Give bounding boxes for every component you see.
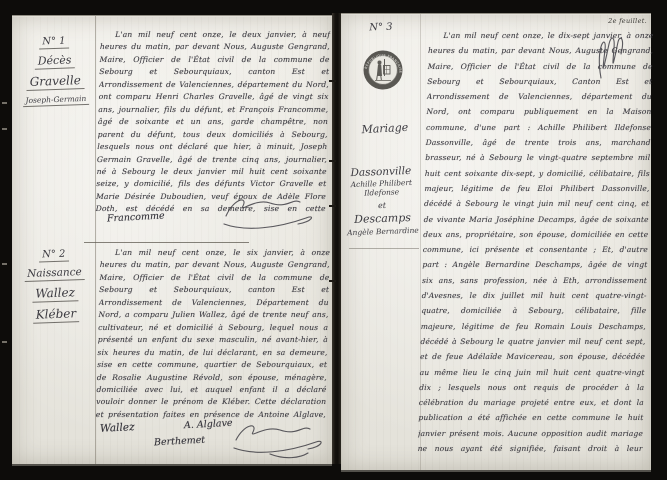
- bride-surname: Descamps: [343, 211, 421, 227]
- entry3-act-type-note: Mariage: [357, 121, 414, 142]
- binding-stitch: [329, 80, 336, 82]
- entry3-number-note: N° 3: [351, 21, 412, 39]
- entry2-father-signature: Wallez: [100, 421, 135, 435]
- scan-edge-mark: [2, 128, 7, 130]
- entry1-surname: Gravelle: [26, 73, 84, 91]
- republique-francaise-stamp: RÉPUBLIQUE FRANÇAISE: [363, 50, 403, 90]
- mayor-signature-flourish: [222, 192, 322, 236]
- entry2-act-text: L'an mil neuf cent onze, le six janvier,…: [96, 247, 331, 419]
- act-separator-line: [84, 242, 249, 243]
- entry2-firstnames: Kléber: [32, 306, 79, 324]
- entry3-act-text: L'an mil neuf cent onze, le dix-sept jan…: [417, 28, 653, 460]
- binding-stitch: [329, 205, 336, 207]
- right-page: 2e feuillet. N° 3 RÉPUBLIQUE FRANÇAISE: [341, 13, 651, 470]
- entry3-number: N° 3: [351, 21, 411, 34]
- margin-note-underline: [349, 248, 419, 249]
- entry3-act-type: Mariage: [357, 121, 414, 137]
- scan-edge-mark: [2, 263, 7, 265]
- entry2-surname: Wallez: [32, 285, 78, 303]
- entry1-firstnames: Joseph-Germain: [22, 94, 89, 107]
- left-page: N° 1 Décès Gravelle Joseph-Germain L'an …: [12, 15, 332, 464]
- entry1-margin-note: N° 1 Décès Gravelle Joseph-Germain: [17, 35, 94, 113]
- folio-label: 2e feuillet.: [607, 17, 647, 25]
- entry2-margin-note: N° 2 Naissance Wallez Kléber: [17, 248, 94, 330]
- scan-edge-mark: [2, 341, 7, 343]
- entry1-witness-signature: Francomme: [107, 211, 165, 225]
- entry1-act-text: L'an mil neuf cent onze, le deux janvier…: [96, 29, 331, 212]
- conjunction-et: et: [343, 200, 421, 212]
- binding-stitch: [329, 280, 336, 282]
- entry3-spouses-note: Dassonville Achille Philibert Ildefonse …: [342, 165, 423, 243]
- scan-edge-mark: [2, 102, 7, 104]
- entry2-witness2-signature: Berthemet: [154, 435, 206, 449]
- register-book-scan: N° 1 Décès Gravelle Joseph-Germain L'an …: [0, 0, 667, 480]
- mayor-signature-flourish: [230, 420, 330, 460]
- entry1-act-type: Décès: [35, 53, 75, 69]
- entry2-act-type: Naissance: [24, 266, 85, 282]
- binding-stitch: [329, 160, 336, 162]
- entry2-number: N° 2: [39, 249, 69, 263]
- bride-firstnames: Angèle Bernardine: [344, 226, 422, 238]
- entry1-number: N° 1: [39, 36, 69, 50]
- entry2-witness1-signature: A. Alglave: [184, 418, 233, 432]
